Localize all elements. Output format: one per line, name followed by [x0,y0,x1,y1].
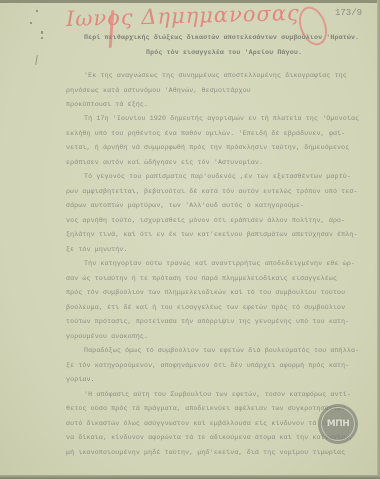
document-text-line: Τό γεγονός του ραπίσματος παρ'ουδενός ,έ… [84,172,351,182]
document-text-line: να δίκαια, κίνδυνον αφορώντα τά τε αδικο… [66,433,353,443]
document-text-line: ξε τόν μηνυτήν. [66,245,128,255]
document-text-line: Τήν κατηγορίαν ούτω τρανώς καί αναντιρρή… [84,259,355,269]
scanned-document-page: Ιωνος Δημημανοσας 173/9 Περί πειθαρχικής… [0,0,380,479]
document-text-line: γορουμένου ανακοπής. [66,332,148,342]
document-text-line: 'Η απόφασις αύτη του Συμβουλίου των εφετ… [84,390,351,400]
margin-mark [41,31,43,34]
document-text-line: ρηνόσεως κατά αστυνόμου 'Αθηνών, θεσμοιτ… [66,86,251,96]
document-text-line: ξηλάτην τινά, καί ότι εν έκ των κατ'εκεί… [66,230,358,240]
margin-mark [30,22,32,24]
document-text-line: βούλευμα, έτι δέ καί ή του εισαγγελέως τ… [66,303,345,313]
document-text-line: θετος ούσα πρός τά πράγματα, αποδεικνύει… [66,404,345,414]
document-text-line: εκλήθη υπό του ρηθέντος ένα παθόν ομιλών… [66,129,345,139]
document-title-line-2: Πρός τόν εισαγγελέα του 'Αρείου Πάγου. [146,48,302,58]
watermark-label: ΜΠΗ [321,407,355,441]
archive-watermark-logo: ΜΠΗ [318,404,358,444]
document-text-line: σάρων αυτοπτών μαρτύρων, των 'Αλλ'ουδ αυ… [66,201,304,211]
document-title-line-1: Περί πειθαρχικής διώξεως δικαστών αποτελ… [84,33,359,43]
document-text-line: ξε τόν κατηγορούμενον, αποφηνάμενον ότι … [66,361,349,371]
document-text-line: προκύπτουσι τά έξής. [66,100,148,110]
scan-bottom-border [0,475,380,479]
document-text-line: σαν ώς τοιαύτην ή τε πρόταση του παρά πλ… [66,274,337,284]
document-text-line: νεται, ή άρνήθη νά συμμορφωθή πρός την π… [66,143,349,153]
document-text-line: πρός τόν συμβούλιον των πλημμελειοδικών … [66,288,345,298]
document-text-line: αυτό δικαστών όλως ασύγγνωστον καί εμβάλ… [66,419,349,429]
handwritten-annotation: Ιωνος Δημημανοσας [66,1,300,31]
document-text-line: νος αρνήθη τούτο, ισχυρισθείς μόνον ότι … [66,216,345,226]
page-number: 173/9 [335,8,362,18]
document-text-line: Παραδόξως όμως τό συμβούλιον των εφετών … [84,346,359,356]
document-text-line: εράπισεν αυτόν καί ώδήγησεν είς τόν 'Αστ… [66,158,263,168]
document-text-line: Τή 17η 'Ιουνίου 1920 δημευτής αγορισμών … [84,114,359,124]
document-text-line: 'Εκ της αναγνώσεως της συνημμένως αποστε… [84,71,347,81]
document-text-line: γορίαν. [66,375,95,385]
margin-mark [35,55,38,65]
margin-mark [36,10,38,12]
document-text-line: μή ικανοποιουμένην μηδέ ταύτην, μηδ'εκεί… [66,448,345,458]
margin-mark [41,37,43,39]
document-text-line: ρων αμφισβητείται, βεβαιούται δέ κατά τό… [66,187,358,197]
document-text-line: τούτων πρότασις, προτείνασα τήν απόρριψι… [66,317,349,327]
scan-top-border [0,0,380,3]
